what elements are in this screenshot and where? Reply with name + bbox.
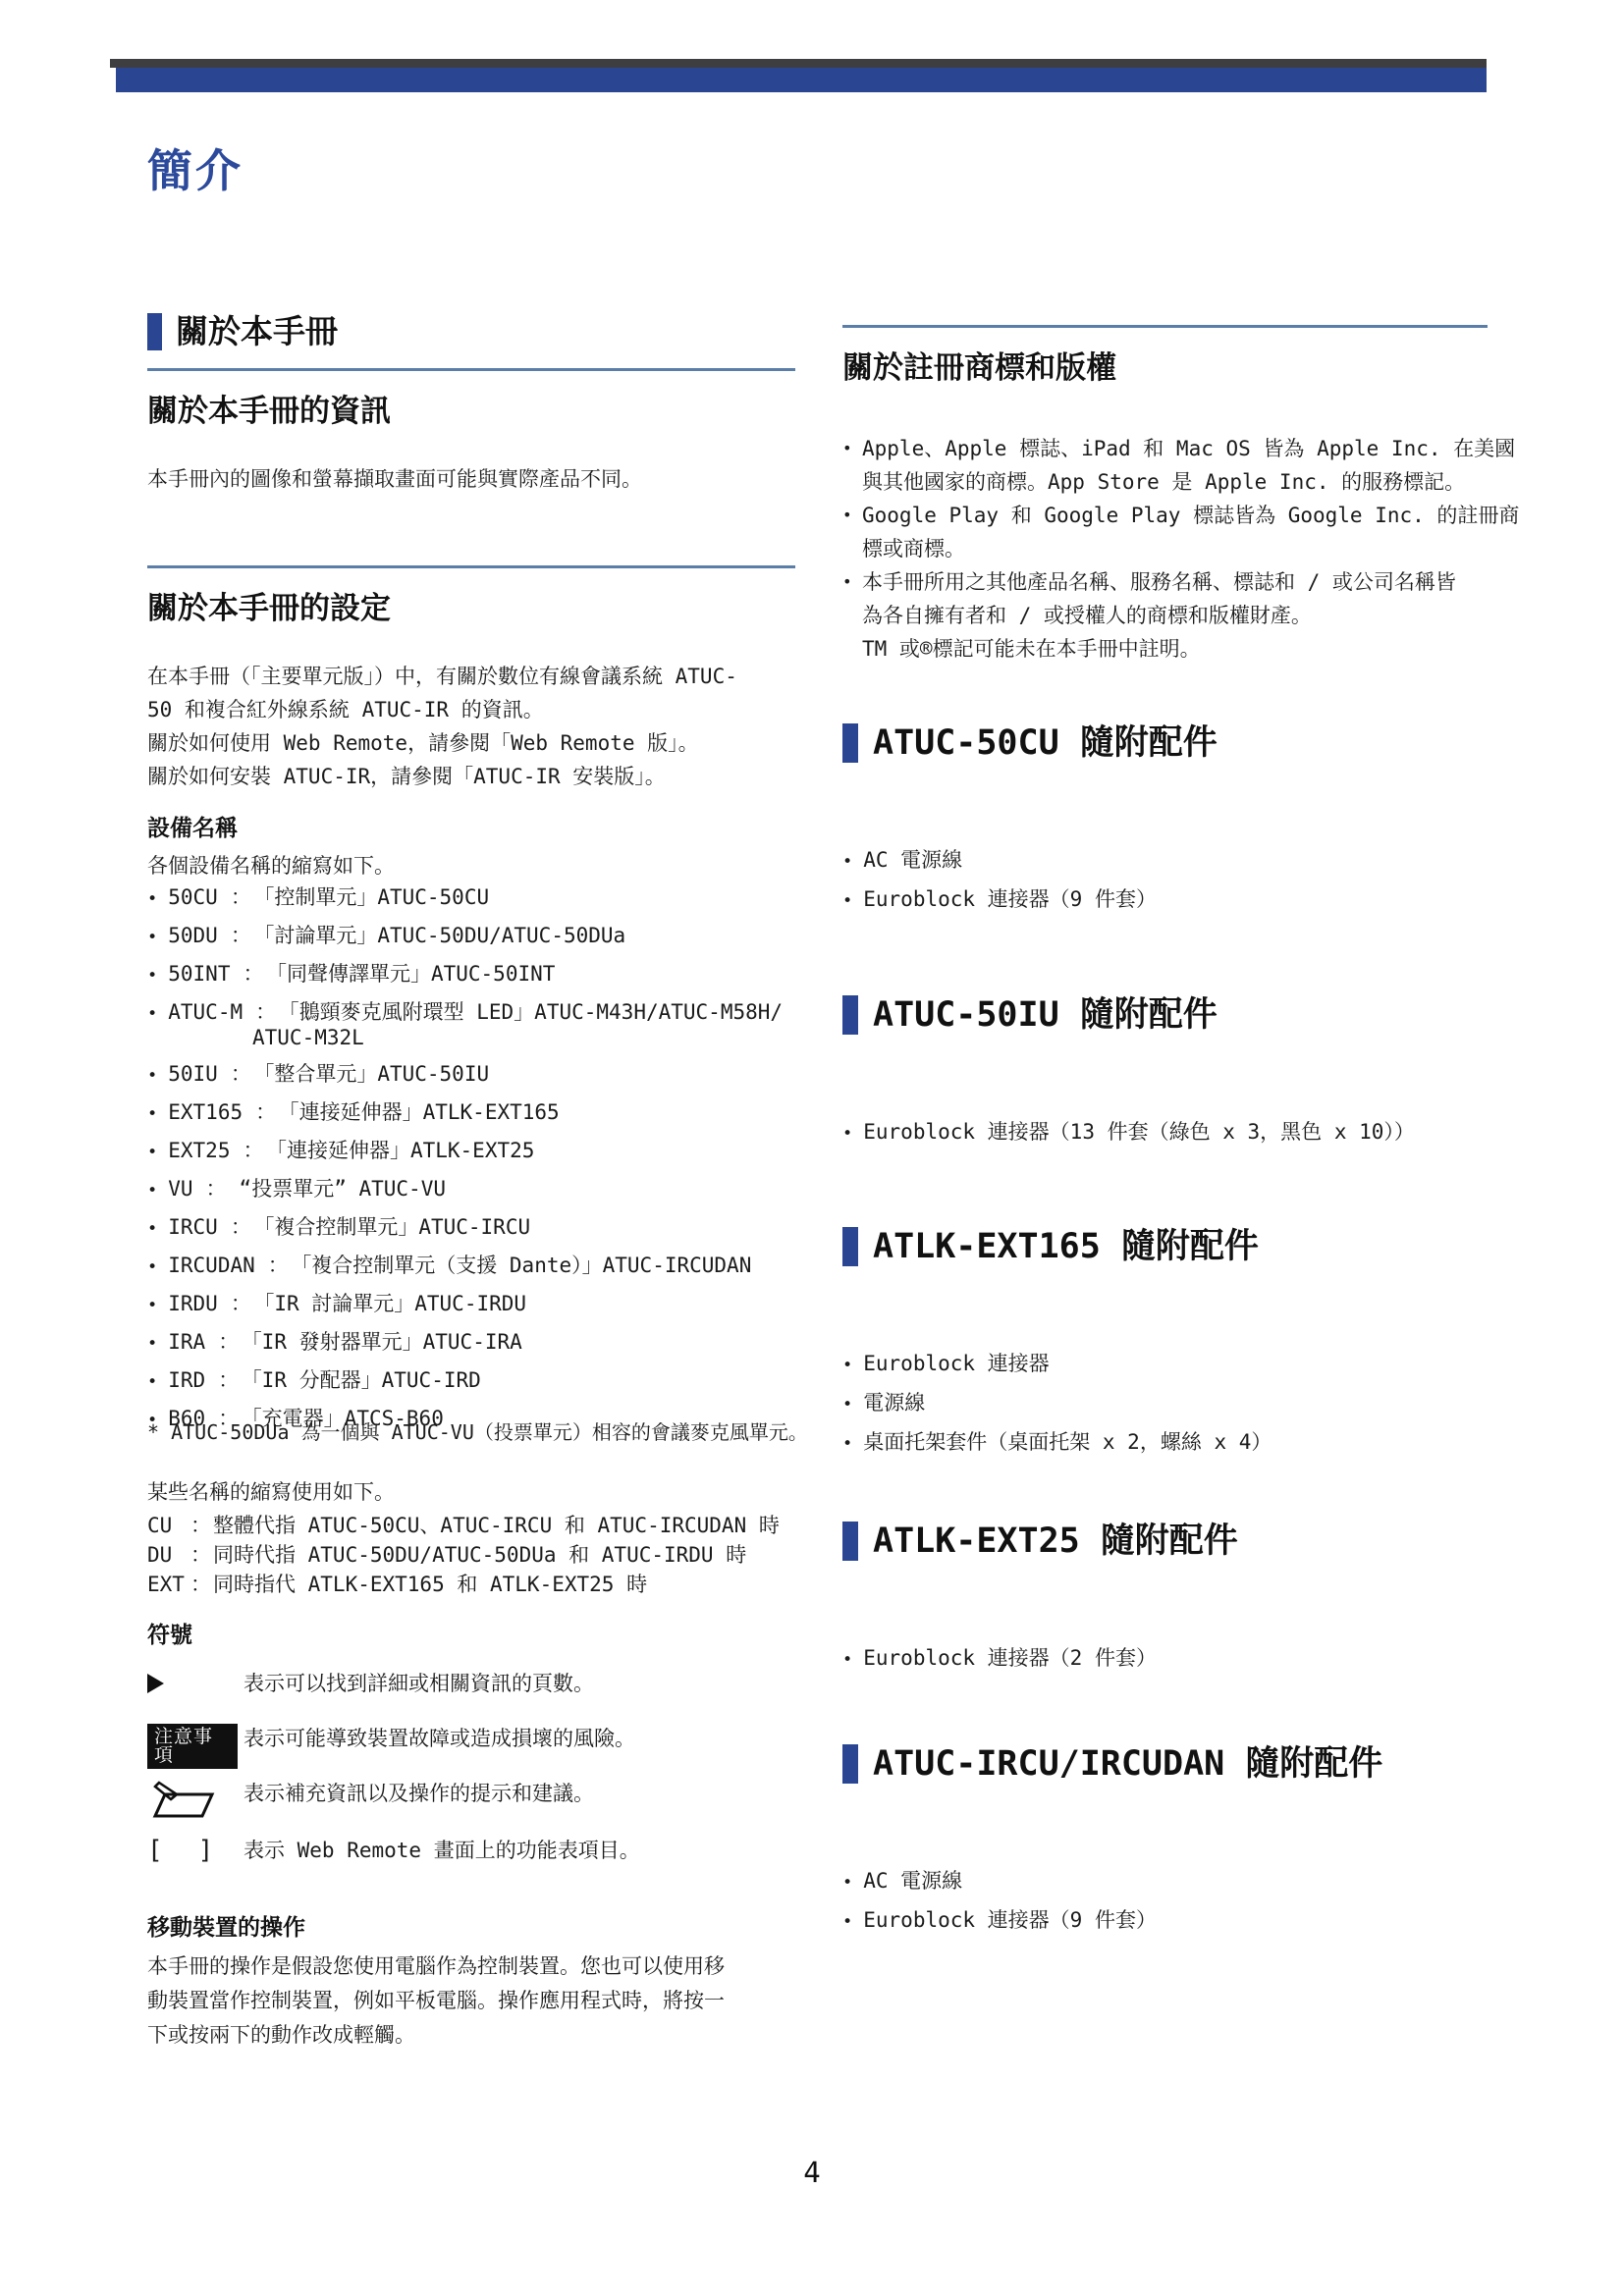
mobile-operation-paragraph: 本手冊的操作是假設您使用電腦作為控制裝置。您也可以使用移動裝置當作控制裝置，例如… xyxy=(147,1949,795,2053)
trademark-line: 與其他國家的商標。App Store 是 Apple Inc. 的服務標記。 xyxy=(842,465,1488,499)
bullet-icon: • xyxy=(147,1296,157,1315)
separator-colon: ： xyxy=(243,962,263,986)
device-definition: 「IR 討論單元」ATUC-IRDU xyxy=(264,1292,526,1315)
device-definition: 「同聲傳譯單元」ATUC-50INT xyxy=(276,962,555,986)
blue-square-marker-icon xyxy=(842,723,858,763)
right-arrowhead-icon xyxy=(147,1674,164,1693)
symbol-description: 表示可以找到詳細或相關資訊的頁數。 xyxy=(244,1669,795,1698)
device-name-item: •50CU：「控制單元」ATUC-50CU xyxy=(147,885,795,911)
abbreviation-intro: 某些名稱的縮寫使用如下。 xyxy=(147,1478,795,1506)
manual-page: 簡介 關於本手冊 關於本手冊的資訊 本手冊內的圖像和螢幕擷取畫面可能與實際產品不… xyxy=(0,0,1624,2296)
device-definition: 「控制單元」ATUC-50CU xyxy=(264,885,489,909)
bullet-icon: • xyxy=(842,432,852,465)
device-footnote: * ATUC-50DUa 為一個與 ATUC-VU（投票單元）相容的會議麥克風單… xyxy=(147,1419,795,1445)
mobile-operation-heading: 移動裝置的操作 xyxy=(147,1912,795,1942)
device-definition: “投票單元” ATUC-VU xyxy=(240,1177,446,1201)
abbreviation-definition: 整體代指 ATUC-50CU、ATUC-IRCU 和 ATUC-IRCUDAN … xyxy=(213,1514,780,1537)
device-term: IRCUDAN xyxy=(168,1254,255,1277)
accessory-item: •Euroblock 連接器（2 件套） xyxy=(842,1645,1488,1673)
separator-colon: ： xyxy=(190,1514,211,1537)
blue-square-marker-icon xyxy=(842,1227,858,1266)
accessory-section-title: ATUC-50IU 隨附配件 xyxy=(873,993,1218,1037)
device-name-item: •IRD：「IR 分配器」ATUC-IRD xyxy=(147,1368,795,1394)
subsection-heading: 關於註冊商標和版權 xyxy=(842,328,1488,387)
accessory-section-atlk-ext25: ATLK-EXT25 隨附配件 •Euroblock 連接器（2 件套） xyxy=(842,1520,1488,1684)
subsection-manual-setup: 關於本手冊的設定 xyxy=(147,565,795,627)
trademark-list: •Apple、Apple 標誌、iPad 和 Mac OS 皆為 Apple I… xyxy=(842,432,1488,666)
bullet-icon: • xyxy=(842,1434,852,1454)
device-names-heading: 設備名稱 xyxy=(147,813,795,842)
accessory-text: AC 電源線 xyxy=(863,848,962,872)
accessory-text: Euroblock 連接器（2 件套） xyxy=(863,1646,1157,1670)
accessory-text: 桌面托架套件（桌面托架 x 2，螺絲 x 4） xyxy=(863,1430,1272,1454)
subsection-heading: 關於本手冊的設定 xyxy=(147,568,795,627)
separator-colon: ： xyxy=(231,1062,251,1086)
section-heading-text: 關於本手冊 xyxy=(176,312,338,351)
accessory-list: •Euroblock 連接器（13 件套（綠色 x 3，黑色 x 10）） xyxy=(842,1119,1488,1147)
trademark-text: 為各自擁有者和 / 或授權人的商標和版權財產。 xyxy=(862,604,1312,627)
blue-square-marker-icon xyxy=(842,1522,858,1561)
separator-colon: ： xyxy=(268,1254,289,1277)
separator-colon: ： xyxy=(190,1543,211,1567)
accessory-section-atuc-50iu: ATUC-50IU 隨附配件 •Euroblock 連接器（13 件套（綠色 x… xyxy=(842,993,1488,1158)
device-name-item: •50IU：「整合單元」ATUC-50IU xyxy=(147,1062,795,1088)
bullet-icon: • xyxy=(842,499,852,532)
accessory-item: •桌面托架套件（桌面托架 x 2，螺絲 x 4） xyxy=(842,1429,1488,1457)
device-definition: 「複合控制單元（支援 Dante）」ATUC-IRCUDAN xyxy=(301,1254,752,1277)
bullet-icon: • xyxy=(147,1066,157,1086)
trademark-text: 標或商標。 xyxy=(862,537,965,561)
device-term: 50INT xyxy=(168,962,230,986)
device-definition: 「討論單元」ATUC-50DU/ATUC-50DUa xyxy=(264,924,625,947)
symbol-description: 表示補充資訊以及操作的提示和建議。 xyxy=(244,1779,795,1808)
accessory-text: Euroblock 連接器（9 件套） xyxy=(863,1908,1157,1932)
bullet-icon: • xyxy=(147,1004,157,1024)
accessory-item: •Euroblock 連接器（9 件套） xyxy=(842,1907,1488,1935)
accessory-item: •電源線 xyxy=(842,1390,1488,1417)
accessory-section-atuc-50cu: ATUC-50CU 隨附配件 •AC 電源線•Euroblock 連接器（9 件… xyxy=(842,721,1488,926)
bullet-icon: • xyxy=(842,1873,852,1893)
trademark-line: 為各自擁有者和 / 或授權人的商標和版權財產。 xyxy=(842,599,1488,632)
accessory-section-title: ATUC-50CU 隨附配件 xyxy=(873,721,1218,765)
accessory-text: Euroblock 連接器（13 件套（綠色 x 3，黑色 x 10）） xyxy=(863,1120,1415,1144)
bullet-icon: • xyxy=(842,1650,852,1670)
separator-colon: ： xyxy=(255,1000,276,1024)
abbreviation-term: EXT xyxy=(147,1573,185,1596)
symbol-description: 表示 Web Remote 畫面上的功能表項目。 xyxy=(244,1836,795,1865)
trademark-line: •本手冊所用之其他產品名稱、服務名稱、標誌和 / 或公司名稱皆 xyxy=(842,565,1488,599)
bullet-icon: • xyxy=(147,1334,157,1354)
subsection-manual-info: 關於本手冊的資訊 xyxy=(147,368,795,430)
symbol-row-brackets: [] 表示 Web Remote 畫面上的功能表項目。 xyxy=(147,1836,795,1865)
bullet-icon: • xyxy=(147,1104,157,1124)
paragraph-line: 動裝置當作控制裝置，例如平板電腦。操作應用程式時，將按一 xyxy=(147,1984,795,2018)
accessory-item: •Euroblock 連接器 xyxy=(842,1351,1488,1378)
right-column: 關於註冊商標和版權 •Apple、Apple 標誌、iPad 和 Mac OS … xyxy=(842,0,1488,2296)
device-term: IRDU xyxy=(168,1292,218,1315)
bullet-icon: • xyxy=(842,1356,852,1375)
accessory-text: Euroblock 連接器（9 件套） xyxy=(863,887,1157,911)
page-number: 4 xyxy=(0,2156,1624,2189)
bracket-open: [ xyxy=(147,1836,163,1865)
abbreviation-term: CU xyxy=(147,1514,172,1537)
device-term: 50CU xyxy=(168,885,218,909)
device-name-item: •IRCUDAN：「複合控制單元（支援 Dante）」ATUC-IRCUDAN xyxy=(147,1254,795,1279)
accessory-section-title: ATUC-IRCU/IRCUDAN 隨附配件 xyxy=(873,1742,1382,1786)
paragraph-line: 下或按兩下的動作改成輕觸。 xyxy=(147,2018,795,2053)
device-name-item: •ATUC-M：「鵝頸麥克風附環型 LED」ATUC-M43H/ATUC-M58… xyxy=(147,1000,795,1049)
accessory-list: •AC 電源線•Euroblock 連接器（9 件套） xyxy=(842,1868,1488,1935)
device-term: 50IU xyxy=(168,1062,218,1086)
device-names-intro: 各個設備名稱的縮寫如下。 xyxy=(147,852,795,880)
bullet-icon: • xyxy=(147,1257,157,1277)
device-name-item: •50DU：「討論單元」ATUC-50DU/ATUC-50DUa xyxy=(147,924,795,949)
abbreviation-definition: 同時代指 ATUC-50DU/ATUC-50DUa 和 ATUC-IRDU 時 xyxy=(213,1543,746,1567)
bullet-icon: • xyxy=(147,1219,157,1239)
device-name-item: •VU：“投票單元” ATUC-VU xyxy=(147,1177,795,1202)
device-term: IRA xyxy=(168,1330,205,1354)
accessory-list: •Euroblock 連接器（2 件套） xyxy=(842,1645,1488,1673)
accessory-text: 電源線 xyxy=(863,1391,925,1415)
abbreviation-list: CU：整體代指 ATUC-50CU、ATUC-IRCU 和 ATUC-IRCUD… xyxy=(147,1514,795,1602)
bracket-close: ] xyxy=(198,1836,214,1865)
accessory-item: •Euroblock 連接器（13 件套（綠色 x 3，黑色 x 10）） xyxy=(842,1119,1488,1147)
paragraph-line: 在本手冊（「主要單元版」）中，有關於數位有線會議系統 ATUC- xyxy=(147,660,795,693)
symbol-row-notice: 注意事項 表示可能導致裝置故障或造成損壞的風險。 xyxy=(147,1724,795,1753)
trademark-text: 本手冊所用之其他產品名稱、服務名稱、標誌和 / 或公司名稱皆 xyxy=(862,570,1456,594)
manual-info-body: 本手冊內的圖像和螢幕擷取畫面可能與實際產品不同。 xyxy=(147,465,795,493)
trademark-line: •Google Play 和 Google Play 標誌皆為 Google I… xyxy=(842,499,1488,532)
trademark-line: •Apple、Apple 標誌、iPad 和 Mac OS 皆為 Apple I… xyxy=(842,432,1488,465)
bullet-icon: • xyxy=(842,1124,852,1144)
trademark-text: TM 或®標記可能未在本手冊中註明。 xyxy=(862,637,1201,661)
accessory-list: •Euroblock 連接器•電源線•桌面托架套件（桌面托架 x 2，螺絲 x … xyxy=(842,1351,1488,1457)
device-definition: 「鵝頸麥克風附環型 LED」ATUC-M43H/ATUC-M58H/ xyxy=(289,1000,783,1024)
device-term: EXT25 xyxy=(168,1139,230,1162)
device-definition: 「連接延伸器」ATLK-EXT165 xyxy=(289,1100,560,1124)
bullet-icon: • xyxy=(147,966,157,986)
bullet-icon: • xyxy=(147,889,157,909)
trademark-text: Apple、Apple 標誌、iPad 和 Mac OS 皆為 Apple In… xyxy=(862,437,1515,460)
device-name-item: •IRCU：「複合控制單元」ATUC-IRCU xyxy=(147,1215,795,1241)
accessory-text: Euroblock 連接器 xyxy=(863,1352,1049,1375)
separator-colon: ： xyxy=(218,1330,239,1354)
blue-square-marker-icon xyxy=(842,1744,858,1784)
device-term: IRCU xyxy=(168,1215,218,1239)
paragraph-line: 本手冊的操作是假設您使用電腦作為控制裝置。您也可以使用移 xyxy=(147,1949,795,1984)
accessory-section-atuc-ircu-ircudan: ATUC-IRCU/IRCUDAN 隨附配件 •AC 電源線•Euroblock… xyxy=(842,1742,1488,1947)
device-name-item: •EXT25：「連接延伸器」ATLK-EXT25 xyxy=(147,1139,795,1164)
separator-colon: ： xyxy=(231,885,251,909)
trademark-text: 與其他國家的商標。App Store 是 Apple Inc. 的服務標記。 xyxy=(862,470,1465,494)
separator-colon: ： xyxy=(243,1139,263,1162)
symbols-heading: 符號 xyxy=(147,1620,795,1649)
device-name-item: •EXT165：「連接延伸器」ATLK-EXT165 xyxy=(147,1100,795,1126)
separator-colon: ： xyxy=(190,1573,211,1596)
abbreviation-term: DU xyxy=(147,1543,172,1567)
separator-colon: ： xyxy=(218,1368,239,1392)
bullet-icon: • xyxy=(842,1395,852,1415)
abbreviation-item: EXT：同時指代 ATLK-EXT165 和 ATLK-EXT25 時 xyxy=(147,1573,795,1596)
symbol-row-page-reference: 表示可以找到詳細或相關資訊的頁數。 xyxy=(147,1669,795,1698)
accessory-item: •AC 電源線 xyxy=(842,1868,1488,1896)
device-name-item: •50INT：「同聲傳譯單元」ATUC-50INT xyxy=(147,962,795,988)
accessory-section-atlk-ext165: ATLK-EXT165 隨附配件 •Euroblock 連接器•電源線•桌面托架… xyxy=(842,1225,1488,1468)
paragraph-line: 50 和複合紅外線系統 ATUC-IR 的資訊。 xyxy=(147,693,795,726)
bullet-icon: • xyxy=(147,1372,157,1392)
bullet-icon: • xyxy=(842,891,852,911)
bullet-icon: • xyxy=(842,852,852,872)
device-definition: 「IR 分配器」ATUC-IRD xyxy=(251,1368,481,1392)
accessory-list: •AC 電源線•Euroblock 連接器（9 件套） xyxy=(842,847,1488,914)
device-definition-continued: ATUC-M32L xyxy=(252,1026,795,1049)
trademark-line: TM 或®標記可能未在本手冊中註明。 xyxy=(842,632,1488,666)
bullet-icon: • xyxy=(842,565,852,599)
device-name-item: •IRDU：「IR 討論單元」ATUC-IRDU xyxy=(147,1292,795,1317)
device-term: ATUC-M xyxy=(168,1000,243,1024)
bullet-icon: • xyxy=(147,928,157,947)
setup-paragraph: 在本手冊（「主要單元版」）中，有關於數位有線會議系統 ATUC-50 和複合紅外… xyxy=(147,660,795,793)
device-term: IRD xyxy=(168,1368,205,1392)
device-term: 50DU xyxy=(168,924,218,947)
subsection-trademarks: 關於註冊商標和版權 xyxy=(842,325,1488,387)
separator-colon: ： xyxy=(231,1292,251,1315)
separator-colon: ： xyxy=(206,1177,227,1201)
paragraph-line: 關於如何安裝 ATUC-IR，請參閱「ATUC-IR 安裝版」。 xyxy=(147,760,795,793)
device-name-list: •50CU：「控制單元」ATUC-50CU •50DU：「討論單元」ATUC-5… xyxy=(147,885,795,1445)
device-definition: 「整合單元」ATUC-50IU xyxy=(264,1062,489,1086)
section-about-manual: 關於本手冊 xyxy=(147,312,795,351)
bullet-icon: • xyxy=(842,1912,852,1932)
device-definition: 「連接延伸器」ATLK-EXT25 xyxy=(276,1139,534,1162)
symbol-row-note: 表示補充資訊以及操作的提示和建議。 xyxy=(147,1779,795,1808)
abbreviation-item: CU：整體代指 ATUC-50CU、ATUC-IRCU 和 ATUC-IRCUD… xyxy=(147,1514,795,1537)
accessory-text: AC 電源線 xyxy=(863,1869,962,1893)
device-term: EXT165 xyxy=(168,1100,243,1124)
accessory-item: •AC 電源線 xyxy=(842,847,1488,875)
symbol-description: 表示可能導致裝置故障或造成損壞的風險。 xyxy=(244,1724,795,1753)
abbreviation-definition: 同時指代 ATLK-EXT165 和 ATLK-EXT25 時 xyxy=(213,1573,647,1596)
separator-colon: ： xyxy=(231,924,251,947)
device-definition: 「IR 發射器單元」ATUC-IRA xyxy=(251,1330,522,1354)
trademark-line: 標或商標。 xyxy=(842,532,1488,565)
blue-square-marker-icon xyxy=(147,313,162,350)
abbreviation-item: DU：同時代指 ATUC-50DU/ATUC-50DUa 和 ATUC-IRDU… xyxy=(147,1543,795,1567)
subsection-heading: 關於本手冊的資訊 xyxy=(147,371,795,430)
notice-badge: 注意事項 xyxy=(147,1724,238,1769)
blue-square-marker-icon xyxy=(842,995,858,1035)
left-column: 關於本手冊 關於本手冊的資訊 本手冊內的圖像和螢幕擷取畫面可能與實際產品不同。 … xyxy=(147,0,795,2296)
bullet-icon: • xyxy=(147,1143,157,1162)
separator-colon: ： xyxy=(231,1215,251,1239)
device-term: VU xyxy=(168,1177,192,1201)
trademark-text: Google Play 和 Google Play 標誌皆為 Google In… xyxy=(862,504,1519,527)
bullet-icon: • xyxy=(147,1181,157,1201)
device-name-item: •IRA：「IR 發射器單元」ATUC-IRA xyxy=(147,1330,795,1356)
accessory-item: •Euroblock 連接器（9 件套） xyxy=(842,886,1488,914)
accessory-section-title: ATLK-EXT25 隨附配件 xyxy=(873,1520,1238,1563)
separator-colon: ： xyxy=(255,1100,276,1124)
accessory-section-title: ATLK-EXT165 隨附配件 xyxy=(873,1225,1259,1268)
device-definition: 「複合控制單元」ATUC-IRCU xyxy=(264,1215,530,1239)
paragraph-line: 關於如何使用 Web Remote，請參閱「Web Remote 版」。 xyxy=(147,726,795,760)
memo-pencil-icon xyxy=(147,1779,218,1820)
